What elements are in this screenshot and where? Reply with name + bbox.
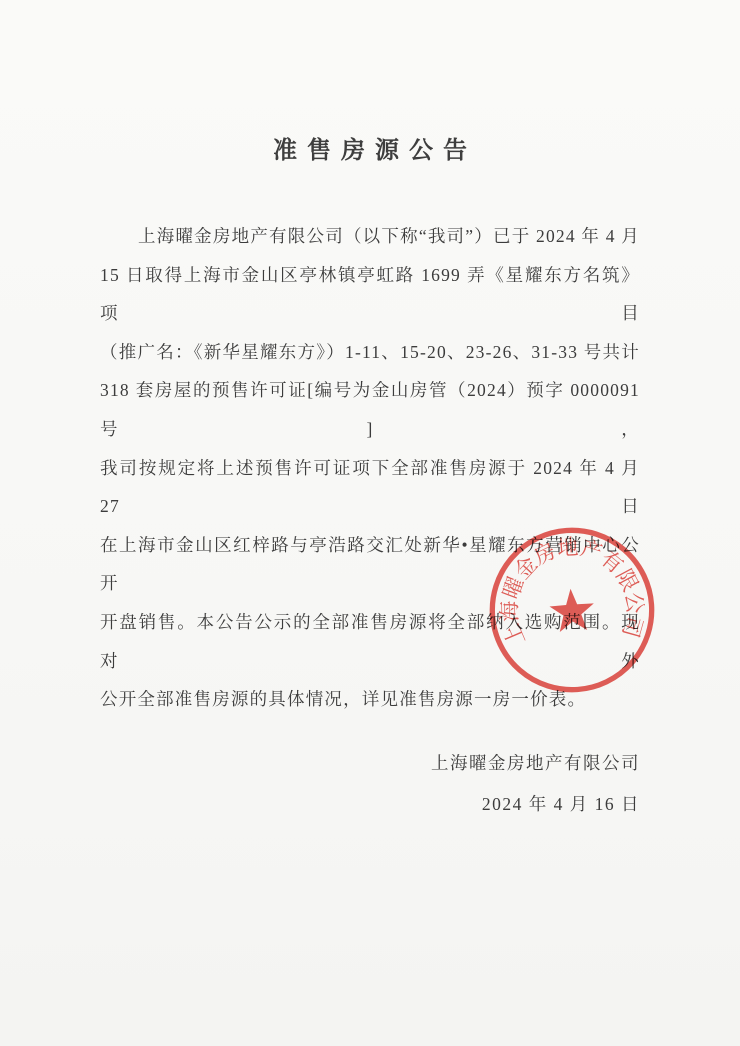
signature-date: 2024 年 4 月 16 日 [100, 784, 640, 825]
body-line: 318 套房屋的预售许可证[编号为金山房管（2024）预字 0000091 号]… [100, 371, 640, 448]
body-line: 15 日取得上海市金山区亭林镇亭虹路 1699 弄《星耀东方名筑》项目 [100, 256, 640, 333]
page-title: 准售房源公告 [0, 130, 740, 165]
signature-block: 上海曜金房地产有限公司 2024 年 4 月 16 日 [100, 743, 640, 825]
body-line: 开盘销售。本公告公示的全部准售房源将全部纳入选购范围。现对外 [100, 603, 640, 680]
signature-company: 上海曜金房地产有限公司 [100, 743, 640, 784]
announcement-document: 准售房源公告 上海曜金房地产有限公司（以下称“我司”）已于 2024 年 4 月… [0, 0, 740, 1046]
body-line: 我司按规定将上述预售许可证项下全部准售房源于 2024 年 4 月 27 日 [100, 449, 640, 526]
body-line: （推广名：《新华星耀东方》）1-11、15-20、23-26、31-33 号共计 [100, 333, 640, 372]
body-line: 公开全部准售房源的具体情况，详见准售房源一房一价表。 [100, 680, 640, 719]
body-line: 上海曜金房地产有限公司（以下称“我司”）已于 2024 年 4 月 [100, 217, 640, 256]
body-line: 在上海市金山区红梓路与亭浩路交汇处新华•星耀东方营销中心公开 [100, 526, 640, 603]
body-paragraph: 上海曜金房地产有限公司（以下称“我司”）已于 2024 年 4 月 15 日取得… [100, 217, 640, 719]
